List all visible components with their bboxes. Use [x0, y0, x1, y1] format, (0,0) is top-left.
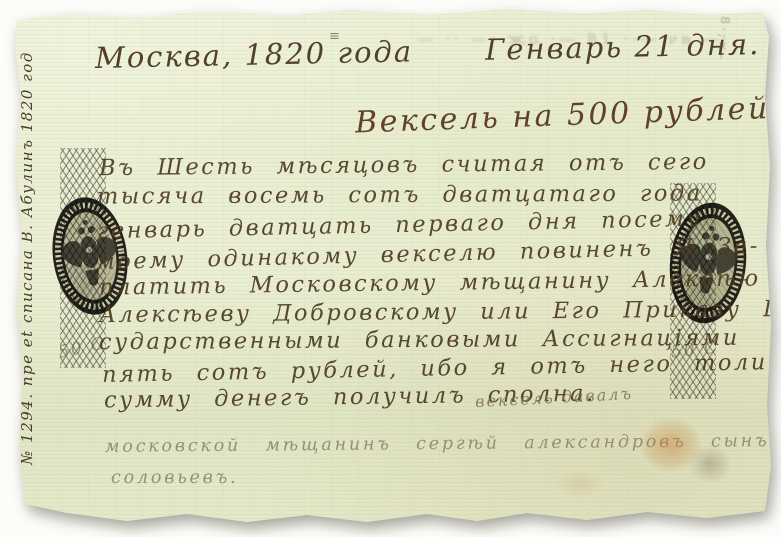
promissory-note-paper: 50 С 50 С Москва, 1820 года Генварь 21 д… [7, 6, 773, 528]
document-scan: 50 С 50 С Москва, 1820 года Генварь 21 д… [0, 0, 781, 537]
notary-margin-note: № 1294. пре et списана В. Абулинъ 1820 г… [18, 38, 38, 478]
bill-title: Вексель на 500 рублей. [355, 91, 781, 141]
signature-line-2: соловьевъ. [111, 468, 239, 488]
corner-faint-marks: –8·;×– [713, 7, 733, 78]
triple-bar-mark: ≡ [329, 29, 339, 44]
ink-stain-small [555, 470, 603, 498]
body-line: тысяча восемь сотъ дватцатаго года [97, 180, 703, 209]
paper-shadow: 50 С 50 С Москва, 1820 года Генварь 21 д… [0, 0, 781, 537]
body-line: Въ Шесть мѣсяцовъ считая отъ сего [99, 149, 709, 181]
ink-bleedthrough: ·― вч ―·· 18 ―· ож ·― ·· ― [327, 30, 727, 56]
signature-line-1: московской мѣщанинъ сергѣй александровъ … [105, 431, 770, 457]
